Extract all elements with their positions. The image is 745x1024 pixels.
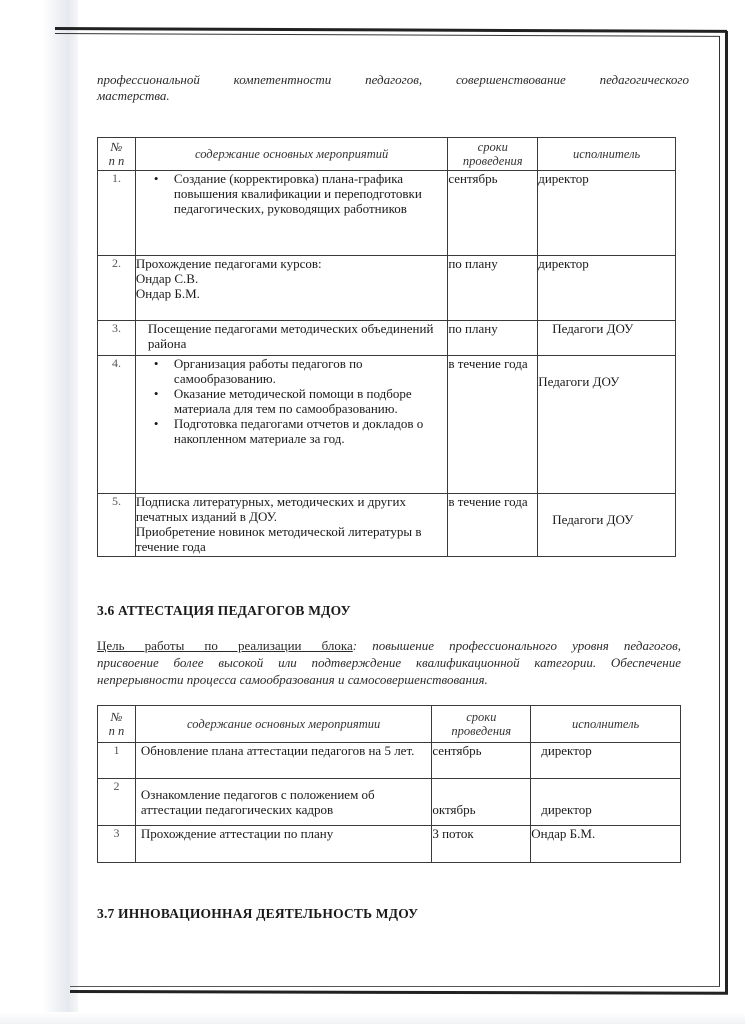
bullet-item: Организация работы педагогов по самообра… bbox=[174, 356, 447, 386]
header-executor: исполнитель bbox=[538, 138, 676, 171]
scan-shading bbox=[0, 0, 78, 1024]
page-frame-top-inner bbox=[55, 33, 720, 37]
row-content: Подписка литературных, методических и др… bbox=[135, 494, 447, 557]
row-content: Посещение педагогами методических объеди… bbox=[135, 321, 447, 356]
header-executor: исполнитель bbox=[531, 706, 681, 743]
header-number: №п п bbox=[98, 706, 136, 743]
row-content: Организация работы педагогов по самообра… bbox=[135, 356, 447, 494]
row-executor: Педагоги ДОУ bbox=[538, 356, 676, 494]
table-header-row: №п п содержание основных мероприятий сро… bbox=[98, 138, 676, 171]
header-content: содержание основных мероприятий bbox=[135, 138, 447, 171]
bullet-item: Оказание методической помощи в подборе м… bbox=[174, 386, 447, 416]
page-frame-right-inner bbox=[719, 36, 720, 987]
attestation-plan-table: №п п содержание основных мероприятии сро… bbox=[97, 705, 681, 863]
row-executor: директор bbox=[538, 171, 676, 256]
row-number: 4. bbox=[98, 356, 136, 494]
row-content: Прохождение педагогами курсов: Ондар С.В… bbox=[135, 256, 447, 321]
section-3-6-goal: Цель работы по реализации блока: повышен… bbox=[97, 637, 681, 688]
row-executor: директор bbox=[538, 256, 676, 321]
row-executor: Ондар Б.М. bbox=[531, 826, 681, 863]
header-term: срокипроведения bbox=[448, 138, 538, 171]
bullet-item: Создание (корректировка) плана-графика п… bbox=[174, 171, 447, 216]
row-executor: директор bbox=[531, 743, 681, 779]
row-term: в течение года bbox=[448, 494, 538, 557]
row-number: 3. bbox=[98, 321, 136, 356]
row-content: Обновление плана аттестации педагогов на… bbox=[135, 743, 431, 779]
intro-line-2: мастерства. bbox=[97, 88, 170, 103]
intro-paragraph: профессиональной компетентности педагого… bbox=[97, 72, 689, 104]
row-executor: директор bbox=[531, 779, 681, 826]
qualification-plan-table: №п п содержание основных мероприятий сро… bbox=[97, 137, 676, 557]
table-row: 4. Организация работы педагогов по самоо… bbox=[98, 356, 676, 494]
page-frame-right bbox=[725, 31, 728, 993]
row-term: сентябрь bbox=[448, 171, 538, 256]
row-term: сентябрь bbox=[432, 743, 531, 779]
row-content: Ознакомление педагогов с положением об а… bbox=[135, 779, 431, 826]
table-header-row: №п п содержание основных мероприятии сро… bbox=[98, 706, 681, 743]
row-term: октябрь bbox=[432, 779, 531, 826]
table-row: 1 Обновление плана аттестации педагогов … bbox=[98, 743, 681, 779]
page-frame-top bbox=[55, 27, 727, 33]
header-number: №п п bbox=[98, 138, 136, 171]
row-number: 3 bbox=[98, 826, 136, 863]
section-3-6-title: 3.6 АТТЕСТАЦИЯ ПЕДАГОГОВ МДОУ bbox=[97, 603, 351, 619]
row-term: по плану bbox=[448, 256, 538, 321]
intro-line-1: профессиональной компетентности педагого… bbox=[97, 72, 689, 88]
goal-label: Цель работы по реализации блока bbox=[97, 638, 353, 653]
row-number: 2 bbox=[98, 779, 136, 826]
row-content: Прохождение аттестации по плану bbox=[135, 826, 431, 863]
row-number: 2. bbox=[98, 256, 136, 321]
row-executor: Педагоги ДОУ bbox=[538, 494, 676, 557]
row-number: 5. bbox=[98, 494, 136, 557]
bullet-item: Подготовка педагогами отчетов и докладов… bbox=[174, 416, 447, 446]
row-term: в течение года bbox=[448, 356, 538, 494]
row-term: по плану bbox=[448, 321, 538, 356]
header-term: срокипроведения bbox=[432, 706, 531, 743]
table-row: 2. Прохождение педагогами курсов: Ондар … bbox=[98, 256, 676, 321]
page-frame-bottom bbox=[70, 990, 728, 995]
page-frame-bottom-inner bbox=[70, 986, 720, 987]
section-3-7-title: 3.7 ИННОВАЦИОННАЯ ДЕЯТЕЛЬНОСТЬ МДОУ bbox=[97, 906, 418, 922]
table-row: 5. Подписка литературных, методических и… bbox=[98, 494, 676, 557]
row-number: 1 bbox=[98, 743, 136, 779]
row-number: 1. bbox=[98, 171, 136, 256]
scan-shading-bottom bbox=[0, 1012, 745, 1024]
header-content: содержание основных мероприятии bbox=[135, 706, 431, 743]
row-executor: Педагоги ДОУ bbox=[538, 321, 676, 356]
table-row: 3. Посещение педагогами методических объ… bbox=[98, 321, 676, 356]
table-row: 1. Создание (корректировка) плана-график… bbox=[98, 171, 676, 256]
row-content: Создание (корректировка) плана-графика п… bbox=[135, 171, 447, 256]
row-term: 3 поток bbox=[432, 826, 531, 863]
table-row: 2 Ознакомление педагогов с положением об… bbox=[98, 779, 681, 826]
table-row: 3 Прохождение аттестации по плану 3 пото… bbox=[98, 826, 681, 863]
